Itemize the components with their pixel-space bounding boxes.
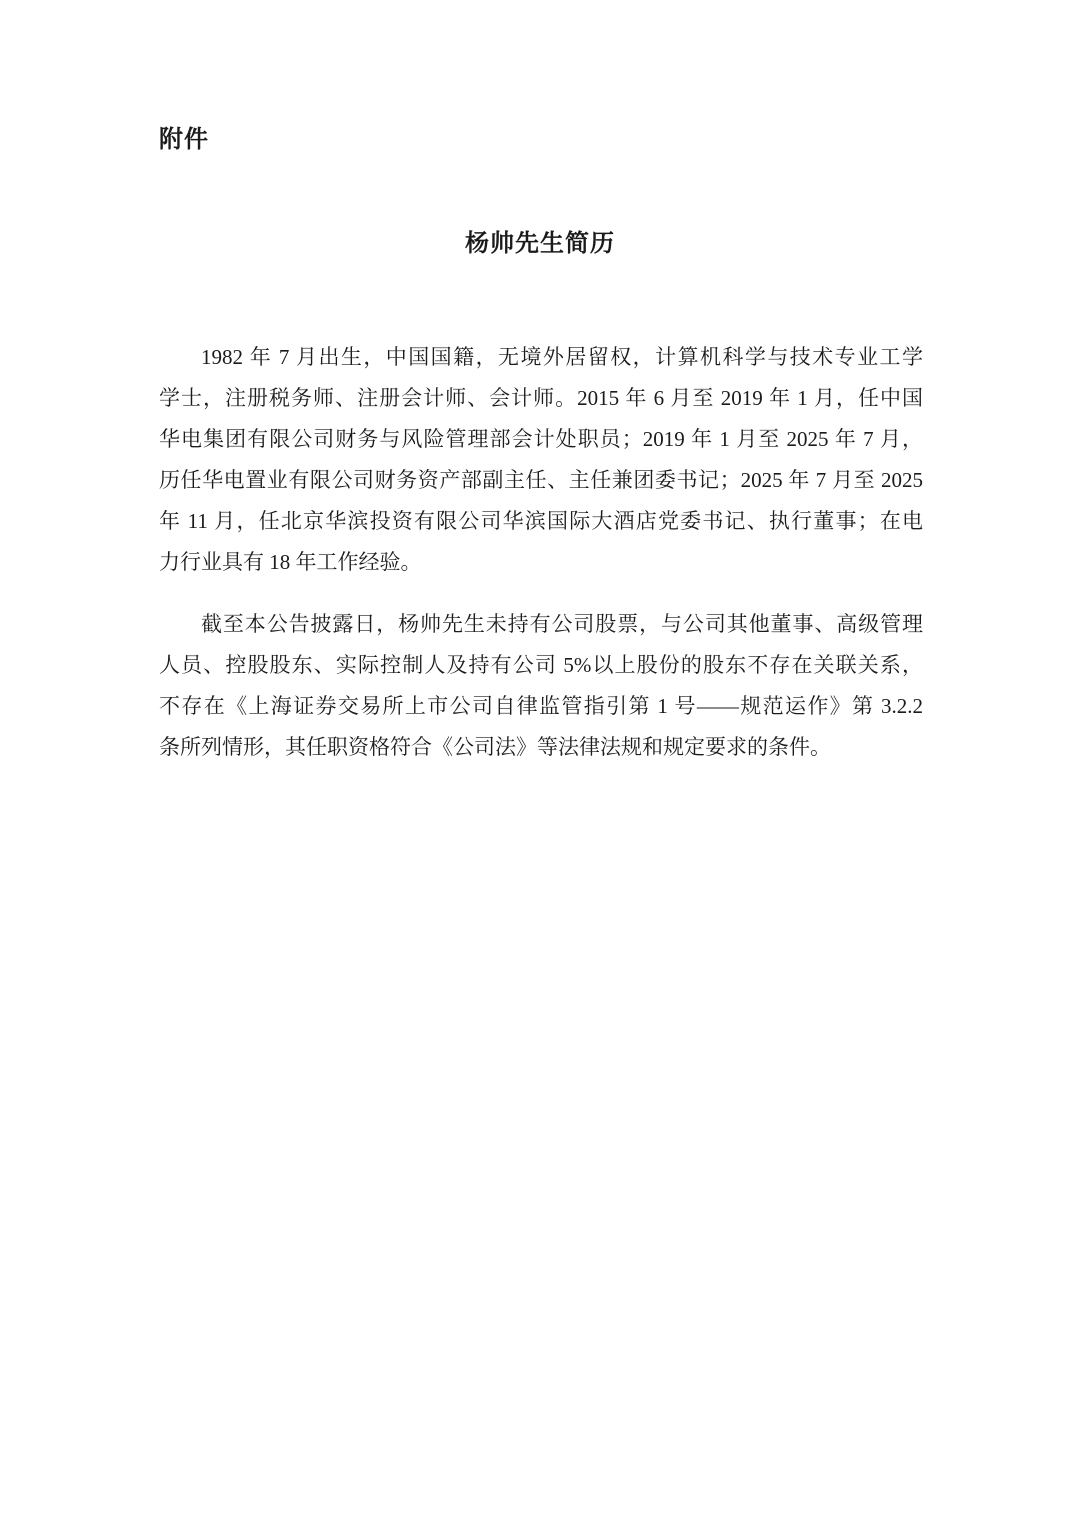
text-line: 力行业具有 18 年工作经验。 (159, 542, 923, 583)
page-title: 杨帅先生简历 (0, 228, 1080, 260)
document-body: 1982 年 7 月出生，中国国籍，无境外居留权，计算机科学与技术专业工学学士，… (159, 337, 923, 768)
text-line: 学士，注册税务师、注册会计师、会计师。2015 年 6 月至 2019 年 1 … (159, 378, 923, 419)
document-page: 附件 杨帅先生简历 1982 年 7 月出生，中国国籍，无境外居留权，计算机科学… (0, 0, 1080, 1527)
paragraph: 截至本公告披露日，杨帅先生未持有公司股票，与公司其他董事、高级管理人员、控股股东… (159, 604, 923, 768)
text-line: 条所列情形，其任职资格符合《公司法》等法律法规和规定要求的条件。 (159, 727, 923, 768)
text-line: 不存在《上海证券交易所上市公司自律监管指引第 1 号——规范运作》第 3.2.2 (159, 686, 923, 727)
text-line: 人员、控股股东、实际控制人及持有公司 5%以上股份的股东不存在关联关系， (159, 645, 923, 686)
text-line: 历任华电置业有限公司财务资产部副主任、主任兼团委书记；2025 年 7 月至 2… (159, 460, 923, 501)
text-line: 年 11 月，任北京华滨投资有限公司华滨国际大酒店党委书记、执行董事；在电 (159, 501, 923, 542)
attachment-label: 附件 (159, 124, 209, 156)
text-line: 1982 年 7 月出生，中国国籍，无境外居留权，计算机科学与技术专业工学 (159, 337, 923, 378)
paragraph: 1982 年 7 月出生，中国国籍，无境外居留权，计算机科学与技术专业工学学士，… (159, 337, 923, 583)
text-line: 截至本公告披露日，杨帅先生未持有公司股票，与公司其他董事、高级管理 (159, 604, 923, 645)
text-line: 华电集团有限公司财务与风险管理部会计处职员；2019 年 1 月至 2025 年… (159, 419, 923, 460)
